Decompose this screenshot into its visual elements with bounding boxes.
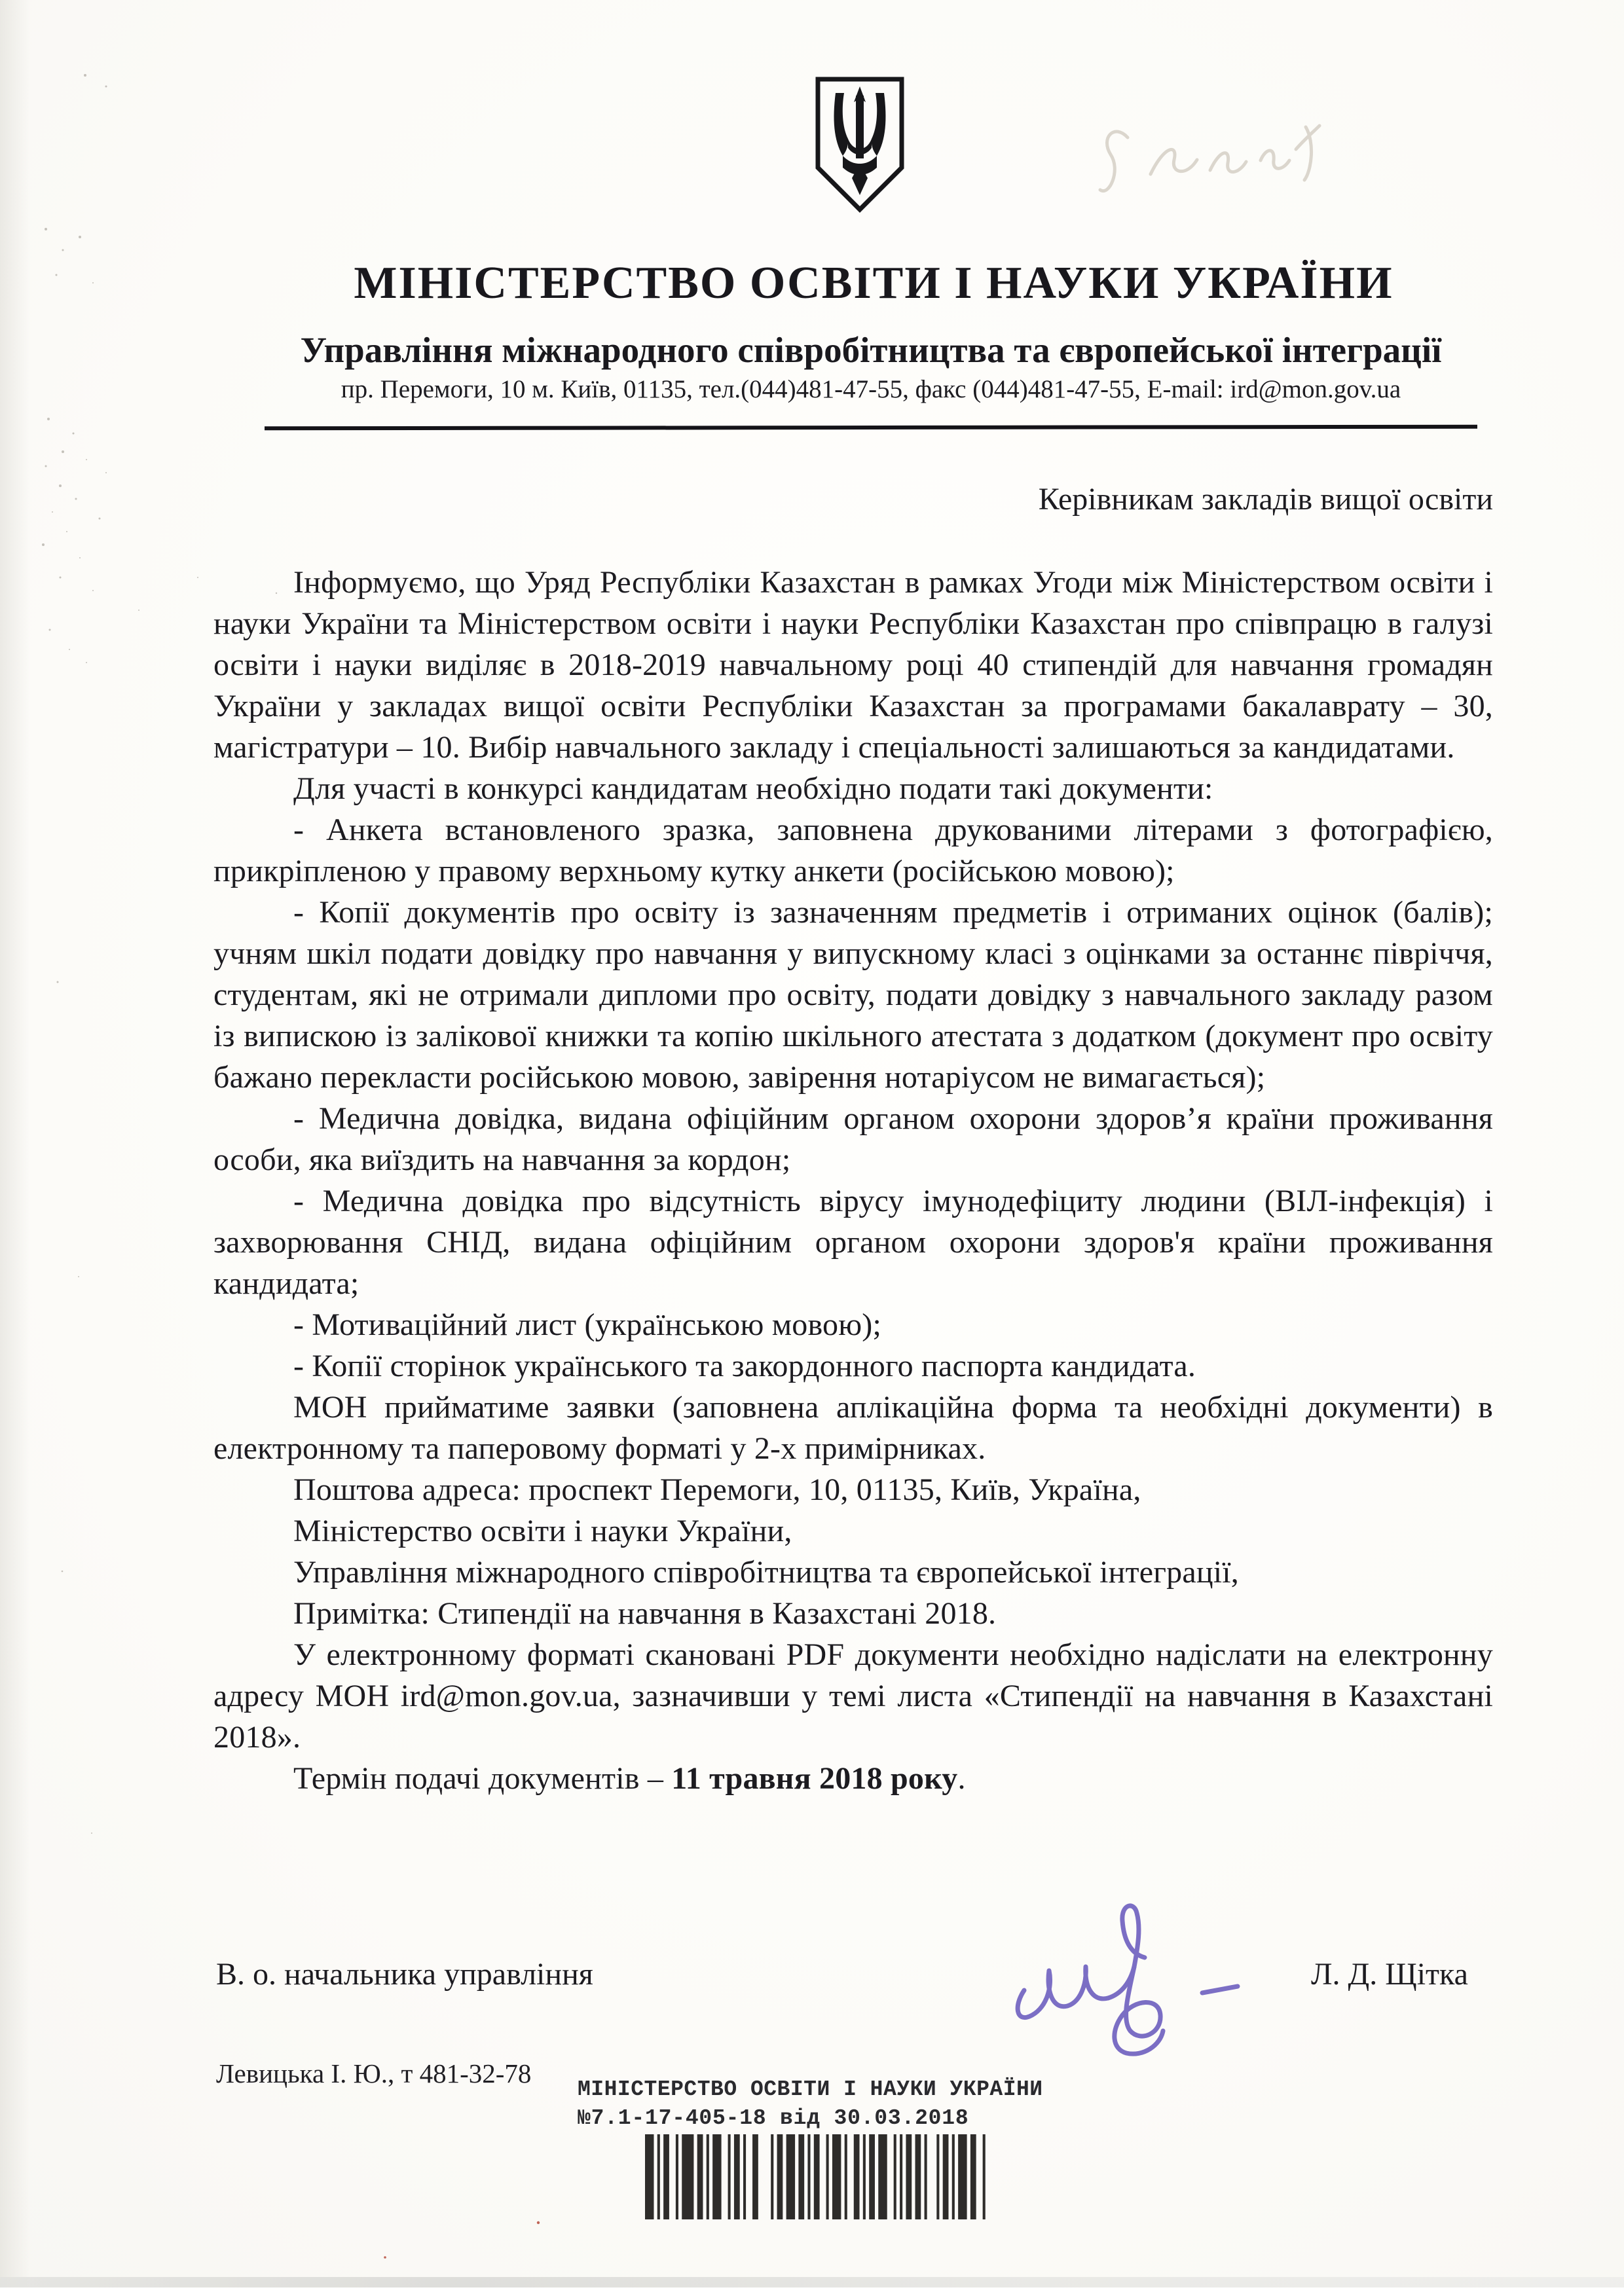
body-paragraph: - Медична довідка про відсутність вірусу… (213, 1180, 1493, 1304)
body-paragraph: Міністерство освіти і науки України, (213, 1510, 1493, 1552)
signoff-position: В. о. начальника управління (216, 1956, 593, 1993)
body-paragraph: - Мотиваційний лист (українською мовою); (213, 1304, 1493, 1345)
body-paragraph: - Копії документів про освіту із зазначе… (213, 892, 1493, 1098)
pencil-annotation (1088, 97, 1429, 254)
registration-stamp: МІНІСТЕРСТВО ОСВІТИ І НАУКИ УКРАЇНИ №7.1… (578, 2075, 1167, 2133)
body-paragraph: Для участі в конкурсі кандидатам необхід… (213, 768, 1493, 809)
body-paragraph: Поштова адреса: проспект Перемоги, 10, 0… (213, 1469, 1493, 1510)
scanner-edge-band (0, 2277, 1624, 2287)
body-paragraph: Інформуємо, що Уряд Республіки Казахстан… (213, 562, 1493, 768)
signature-ink (1006, 1893, 1274, 2070)
body-paragraph: Управління міжнародного співробітництва … (213, 1552, 1493, 1593)
ministry-title: МІНІСТЕРСТВО ОСВІТИ І НАУКИ УКРАЇНИ (268, 258, 1479, 309)
ukraine-trident-emblem (812, 75, 908, 215)
registration-barcode (645, 2134, 989, 2219)
scanner-edge-white (0, 2287, 1624, 2296)
body-paragraph: - Копії сторінок українського та закордо… (213, 1345, 1493, 1387)
letterhead-divider (265, 425, 1477, 431)
body-paragraph: - Медична довідка, видана офіційним орга… (213, 1098, 1493, 1180)
recipient-line: Керівникам закладів вищої освіти (213, 479, 1493, 520)
body-paragraph: У електронному форматі скановані PDF док… (213, 1634, 1493, 1758)
body-paragraph: - Анкета встановленого зразка, заповнена… (213, 809, 1493, 892)
signoff-name: Л. Д. Щітка (1311, 1956, 1468, 1993)
body-paragraph: Примітка: Стипендії на навчання в Казахс… (213, 1593, 1493, 1634)
stamp-ministry-line: МІНІСТЕРСТВО ОСВІТИ І НАУКИ УКРАЇНИ (578, 2075, 1167, 2104)
executor-contact-line: Левицька І. Ю., т 481-32-78 (216, 2057, 531, 2090)
letterhead-address: пр. Перемоги, 10 м. Київ, 01135, тел.(04… (262, 374, 1480, 405)
scan-edge-shading (0, 0, 30, 2296)
body-paragraph: МОН прийматиме заявки (заповнена аплікац… (213, 1387, 1493, 1469)
deadline-paragraph: Термін подачі документів – 11 травня 201… (213, 1758, 1493, 1799)
scanned-letter-page: МІНІСТЕРСТВО ОСВІТИ І НАУКИ УКРАЇНИ Упра… (0, 0, 1624, 2296)
stamp-number-date-line: №7.1-17-405-18 від 30.03.2018 (578, 2104, 1167, 2133)
body-paragraphs: Інформуємо, що Уряд Республіки Казахстан… (213, 562, 1493, 1799)
department-subtitle: Управління міжнародного співробітництва … (262, 330, 1480, 371)
